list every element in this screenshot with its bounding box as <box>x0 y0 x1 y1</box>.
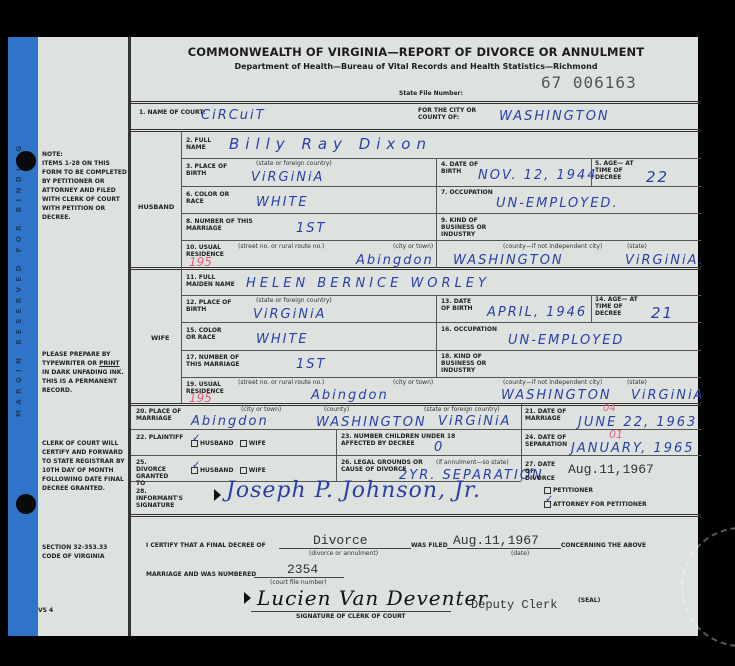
marriage-date-label: 21. DATE OF MARRIAGE <box>525 408 575 422</box>
form-subtitle: Department of Health—Bureau of Vital Rec… <box>131 62 701 71</box>
note-title: NOTE: <box>42 150 128 159</box>
wife-state-hint: (state) <box>627 379 647 386</box>
wife-street-hint: (street no. or rural route no.) <box>238 379 324 386</box>
decree-hint: (divorce or annulment) <box>309 550 378 557</box>
granted-husband-label: HUSBAND <box>200 467 233 474</box>
marriage-state-value[interactable]: ViRGiNiA <box>438 414 511 429</box>
wife-dob-value[interactable]: APRIL, 1946 <box>487 305 587 320</box>
seal-label: (SEAL) <box>578 597 600 604</box>
court-name-value[interactable]: CiRCuiT <box>201 108 266 123</box>
informant-signature[interactable]: Joseph P. Johnson, Jr. <box>226 478 481 503</box>
informant-label: 28. INFORMANT'S SIGNATURE <box>136 488 186 509</box>
wife-city-hint: (city or town) <box>393 379 433 386</box>
clerk-signature[interactable]: Lucien Van Deventer <box>257 586 488 610</box>
county-label-1: FOR THE CITY OR <box>418 107 476 114</box>
date-hint: (date) <box>511 550 529 557</box>
husband-race-value[interactable]: WHITE <box>256 195 309 210</box>
husband-state-hint: (state) <box>627 243 647 250</box>
husband-birthplace-value[interactable]: ViRGiNiA <box>251 170 324 185</box>
attorney-checkbox[interactable] <box>544 501 551 508</box>
granted-label: 25. DIVORCE GRANTED TO <box>136 459 174 487</box>
clerk-title: Deputy Clerk <box>471 598 557 612</box>
divider <box>181 213 701 214</box>
separation-code: 01 <box>609 428 623 441</box>
county-label-2: COUNTY OF: <box>418 114 459 121</box>
husband-birthplace-label: 3. PLACE OF BIRTH <box>186 163 236 177</box>
prepare-line1: PLEASE PREPARE BY <box>42 350 128 359</box>
divider <box>181 377 701 378</box>
granted-wife-label: WIFE <box>249 467 266 474</box>
divider <box>131 514 701 517</box>
divider <box>181 350 701 351</box>
court-label: 1. NAME OF COURT: <box>139 109 206 116</box>
divider <box>436 158 437 267</box>
husband-name-value[interactable]: Billy Ray Dixon <box>229 135 432 153</box>
court-county-value[interactable]: WASHINGTON <box>499 109 610 124</box>
husband-age-value[interactable]: 22 <box>646 168 669 186</box>
marriage-date-code: 04 <box>603 403 616 414</box>
wife-name-value[interactable]: HELEN BERNICE WORLEY <box>246 276 490 291</box>
children-value[interactable]: 0 <box>434 440 444 455</box>
plaintiff-wife-checkbox[interactable] <box>240 440 247 447</box>
husband-birthplace-hint: (state or foreign country) <box>256 160 332 167</box>
granted-husband-checkbox[interactable] <box>191 467 198 474</box>
wife-age-value[interactable]: 21 <box>651 304 674 322</box>
divider <box>591 295 592 322</box>
husband-business-label: 9. KIND OF BUSINESS OR INDUSTRY <box>441 217 501 238</box>
husband-name-label: 2. FULL NAME <box>186 137 226 151</box>
arrow-pointer-icon <box>214 489 221 501</box>
marriage-place-label: 20. PLACE OF MARRIAGE <box>136 408 186 422</box>
wife-county-hint: (county—if not independent city) <box>503 379 602 386</box>
divider <box>336 429 337 481</box>
husband-residence-code: 195 <box>189 255 212 269</box>
husband-city-hint: (city or town) <box>393 243 433 250</box>
divider <box>181 322 701 323</box>
petitioner-option: PETITIONER <box>544 487 593 494</box>
wife-race-value[interactable]: WHITE <box>256 332 309 347</box>
wife-race-label: 15. COLOR OR RACE <box>186 327 231 341</box>
wife-birthplace-label: 12. PLACE OF BIRTH <box>186 299 236 313</box>
wife-name-label: 11. FULL MAIDEN NAME <box>186 274 241 288</box>
granted-wife-checkbox[interactable] <box>240 467 247 474</box>
prepare-text: TYPEWRITER OR <box>42 360 99 367</box>
divorce-date-label: 27. DATE OF DIVORCE <box>525 461 565 482</box>
husband-dob-value[interactable]: NOV. 12, 1944 <box>478 168 598 183</box>
filed-date-line <box>447 548 561 549</box>
arrow-pointer-icon <box>244 592 251 604</box>
marriage-state-hint: (state or foreign country) <box>424 406 500 413</box>
marriage-city-hint: (city or town) <box>241 406 281 413</box>
wife-residence-state[interactable]: ViRGiNiA <box>631 388 704 403</box>
note-block: NOTE: ITEMS 1-28 ON THIS FORM TO BE COMP… <box>42 150 128 222</box>
husband-street-hint: (street no. or rural route no.) <box>238 243 324 250</box>
court-file-number[interactable]: 2354 <box>287 562 318 577</box>
wife-marriage-number-value[interactable]: 1ST <box>296 357 326 372</box>
husband-race-label: 6. COLOR OR RACE <box>186 191 231 205</box>
plaintiff-husband-checkbox[interactable] <box>191 440 198 447</box>
husband-residence-county[interactable]: WASHINGTON <box>453 253 564 268</box>
file-number-line <box>254 577 344 578</box>
wife-residence-city[interactable]: Abingdon <box>311 388 389 403</box>
husband-marriage-number-value[interactable]: 1ST <box>296 221 326 236</box>
separation-value[interactable]: JANUARY, 1965 <box>571 441 695 456</box>
numbered-prefix: MARRIAGE AND WAS NUMBERED <box>146 571 256 578</box>
marriage-county-hint: (county) <box>324 406 349 413</box>
wife-section-label: WIFE <box>151 334 169 342</box>
state-file-label: State File Number: <box>399 90 463 97</box>
plaintiff-options: HUSBAND WIFE <box>191 440 266 447</box>
attorney-label: ATTORNEY FOR PETITIONER <box>553 501 647 508</box>
wife-residence-county[interactable]: WASHINGTON <box>501 388 612 403</box>
marriage-date-value[interactable]: JUNE 22, 1963 <box>578 415 697 430</box>
divider <box>181 158 701 159</box>
husband-occupation-label: 7. OCCUPATION <box>441 189 493 196</box>
embossed-seal <box>681 527 735 647</box>
husband-section-label: HUSBAND <box>138 203 174 211</box>
form-body: COMMONWEALTH OF VIRGINIA—REPORT OF DIVOR… <box>128 37 698 636</box>
granted-options: HUSBAND WIFE <box>191 467 266 474</box>
section-code: SECTION 32-353.33 CODE OF VIRGINIA <box>42 543 128 561</box>
marriage-county-value[interactable]: WASHINGTON <box>316 415 427 430</box>
husband-county-hint: (county—if not independent city) <box>503 243 602 250</box>
wife-business-label: 18. KIND OF BUSINESS OR INDUSTRY <box>441 353 501 374</box>
attorney-option: ATTORNEY FOR PETITIONER <box>544 501 647 508</box>
prepare-line2: TYPEWRITER OR PRINT <box>42 359 128 368</box>
petitioner-checkbox[interactable] <box>544 487 551 494</box>
wife-marriage-number-label: 17. NUMBER OF THIS MARRIAGE <box>186 354 256 368</box>
separation-label: 24. DATE OF SEPARATION <box>525 434 575 448</box>
marriage-city-value[interactable]: Abingdon <box>191 414 269 429</box>
form-id: VS 4 <box>38 606 124 615</box>
husband-occupation-value[interactable]: UN-EMPLOYED. <box>496 196 619 211</box>
wife-dob-label: 13. DATE OF BIRTH <box>441 298 481 312</box>
certify-suffix: CONCERNING THE ABOVE <box>561 542 646 549</box>
divorce-date-value[interactable]: Aug.11,1967 <box>568 462 654 477</box>
certify-prefix: I CERTIFY THAT A FINAL DECREE OF <box>146 542 266 549</box>
plaintiff-husband-label: HUSBAND <box>200 440 233 447</box>
prepare-note: PLEASE PREPARE BY TYPEWRITER OR PRINT IN… <box>42 350 128 395</box>
decree-type-value[interactable]: Divorce <box>313 533 368 548</box>
husband-residence-state[interactable]: ViRGiNiA. <box>625 253 705 268</box>
husband-residence-city[interactable]: Abingdon <box>356 253 434 268</box>
print-text: PRINT <box>99 360 119 367</box>
divider <box>436 295 437 377</box>
wife-birthplace-hint: (state or foreign country) <box>256 297 332 304</box>
signature-line <box>251 611 451 612</box>
filed-date-value[interactable]: Aug.11,1967 <box>453 533 539 548</box>
prepare-line3: IN DARK UNFADING INK. THIS IS A PERMANEN… <box>42 368 128 395</box>
plaintiff-label: 22. PLAINTIFF <box>136 434 183 441</box>
court-file-hint: (court file number) <box>270 579 327 586</box>
clerk-note: CLERK OF COURT WILL CERTIFY AND FORWARD … <box>42 439 128 493</box>
divider <box>131 129 701 132</box>
punch-hole-icon <box>16 494 36 514</box>
note-body: ITEMS 1-28 ON THIS FORM TO BE COMPLETED … <box>42 159 128 222</box>
divider <box>181 240 701 241</box>
grounds-hint: (if annulment—so state) <box>436 459 509 466</box>
plaintiff-wife-label: WIFE <box>249 440 266 447</box>
petitioner-label: PETITIONER <box>553 487 593 494</box>
wife-birthplace-value[interactable]: ViRGiNiA <box>253 307 326 322</box>
wife-occupation-label: 16. OCCUPATION <box>441 326 497 333</box>
husband-dob-label: 4. DATE OF BIRTH <box>441 161 481 175</box>
husband-marriage-number-label: 8. NUMBER OF THIS MARRIAGE <box>186 218 256 232</box>
divider <box>131 101 701 104</box>
husband-age-label: 5. AGE— AT TIME OF DECREE <box>595 160 640 181</box>
signature-hint: SIGNATURE OF CLERK OF COURT <box>296 613 406 620</box>
filed-label: WAS FILED <box>411 542 448 549</box>
divider <box>181 186 701 187</box>
divider <box>181 131 182 403</box>
punch-hole-icon <box>16 151 36 171</box>
decree-line <box>279 548 411 549</box>
wife-residence-code: 195 <box>189 391 212 405</box>
wife-occupation-value[interactable]: UN-EMPLOYED <box>508 333 624 348</box>
form-title: COMMONWEALTH OF VIRGINIA—REPORT OF DIVOR… <box>131 45 701 59</box>
binding-margin: MARGIN RESERVED FOR BINDING <box>8 37 38 636</box>
wife-age-label: 14. AGE— AT TIME OF DECREE <box>595 296 640 317</box>
divorce-report-form: MARGIN RESERVED FOR BINDING NOTE: ITEMS … <box>8 37 698 636</box>
state-file-number: 67 006163 <box>541 73 637 92</box>
